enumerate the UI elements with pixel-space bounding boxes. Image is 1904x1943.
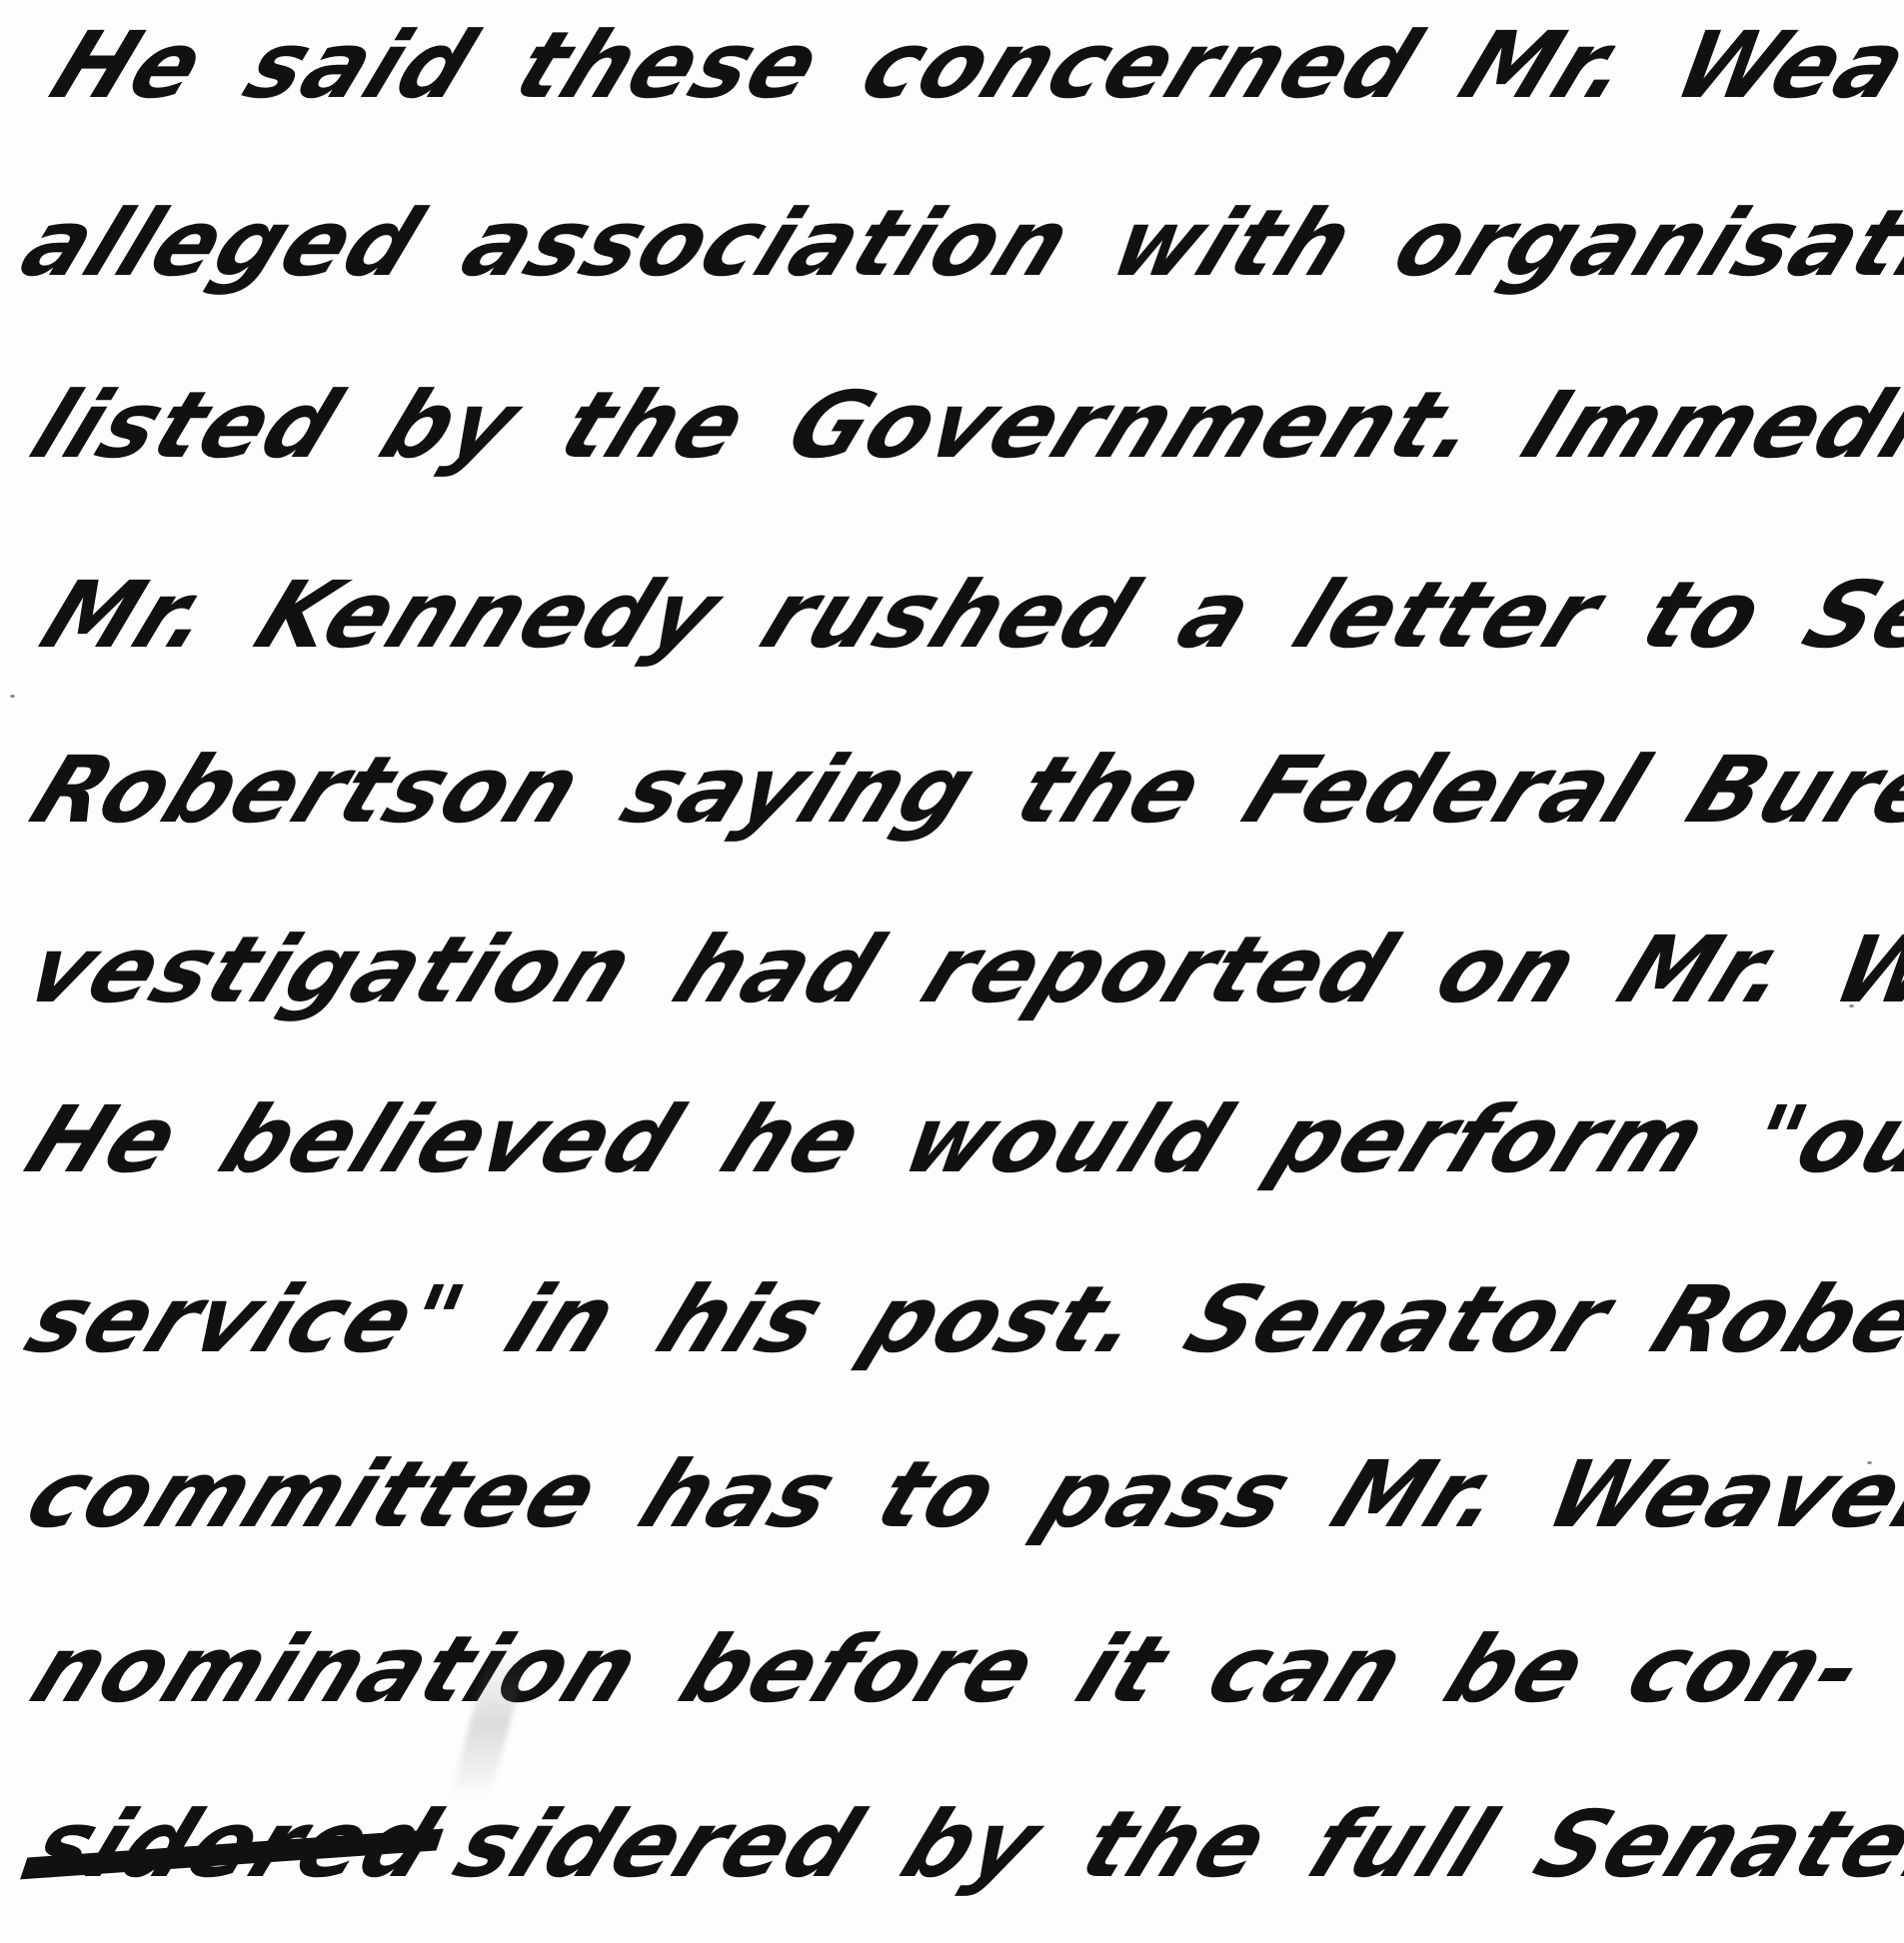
word: it [1065,1624,1180,1716]
word: said [233,20,488,112]
text-line-4: Mr.KennedyrushedalettertoSenator [30,570,1904,662]
word: listed [20,380,353,472]
word: association [451,198,1084,290]
word: Immediately [1511,380,1904,472]
word: by [369,380,533,472]
word: Robertson's [1640,1274,1904,1366]
word: Senate. [1523,1799,1904,1891]
word: the [1070,1799,1281,1891]
word: these [504,20,834,112]
text-line-11: sideredsideredbythefullSenate. [20,1799,1904,1891]
struck-out-word: sidered [20,1799,451,1891]
handwritten-page: HesaidtheseconcernedMr.Weaver's allegeda… [0,0,1904,1943]
word: on [1424,925,1591,1016]
word: Senator [1173,1274,1625,1366]
word: had [663,925,896,1016]
text-line-8: service"inhispost.SenatorRobertson's [15,1274,1904,1366]
word: concerned [850,20,1432,112]
word: Senator [1792,570,1904,662]
word: to [1630,570,1776,662]
word: Government. [776,380,1495,472]
word: be [1433,1624,1600,1716]
paper-speck [10,695,15,698]
word: vestigation [15,925,647,1016]
text-line-10: nominationbeforeitcanbecon- [20,1624,1877,1716]
text-line-7: Hebelievedhewouldperform"outstanding [15,1094,1904,1186]
word: Bureau [1676,745,1904,837]
word: believed [208,1094,694,1186]
text-line-1: HesaidtheseconcernedMr.Weaver's [40,20,1904,112]
word: service" [15,1274,478,1366]
word: reported [911,925,1408,1016]
text-line-3: listedbytheGovernment.Immediately [20,380,1904,472]
word: in [494,1274,630,1366]
word: he [710,1094,876,1186]
word: before [669,1624,1049,1716]
word: post. [854,1274,1157,1366]
text-line-6: vestigationhadreportedonMr.Weaver. [15,925,1904,1016]
word: con- [1615,1624,1877,1716]
word: his [646,1274,838,1366]
word: nomination [20,1624,653,1716]
word: Federal [1232,745,1661,837]
word: perform [1259,1094,1720,1186]
text-line-2: allegedassociationwithorganisationsblack… [10,198,1904,290]
word: the [549,380,760,472]
word: sidered [444,1799,875,1891]
word: He [15,1094,193,1186]
word: saying [610,745,988,837]
word: "outstanding [1735,1094,1904,1186]
text-line-9: committeehastopassMr.Weaver's [15,1449,1904,1541]
text-line-5: RobertsonsayingtheFederalBureauofIn- [20,745,1904,837]
word: full [1297,1799,1507,1891]
word: Weaver's [1535,1449,1904,1541]
word: Mr. [30,570,229,662]
word: Weaver's [1663,20,1904,112]
word: alleged [10,198,435,290]
word: organisations [1382,198,1904,290]
word: to [866,1449,1011,1541]
word: Mr. [1320,1449,1519,1541]
word: Robertson [20,745,595,837]
paper-speck [1849,1004,1854,1007]
word: Mr. [1448,20,1647,112]
paper-speck [1867,1461,1872,1464]
word: Mr. [1607,925,1806,1016]
word: Kennedy [244,570,734,662]
word: with [1100,198,1367,290]
word: Weaver. [1821,925,1904,1016]
word: letter [1282,570,1615,662]
word: pass [1027,1449,1305,1541]
word: committee [15,1449,613,1541]
word: can [1196,1624,1418,1716]
word: would [892,1094,1243,1186]
word: rushed [750,570,1150,662]
word: by [891,1799,1054,1891]
word: the [1004,745,1215,837]
word: has [628,1449,850,1541]
word: He [40,20,218,112]
word: a [1166,570,1266,662]
